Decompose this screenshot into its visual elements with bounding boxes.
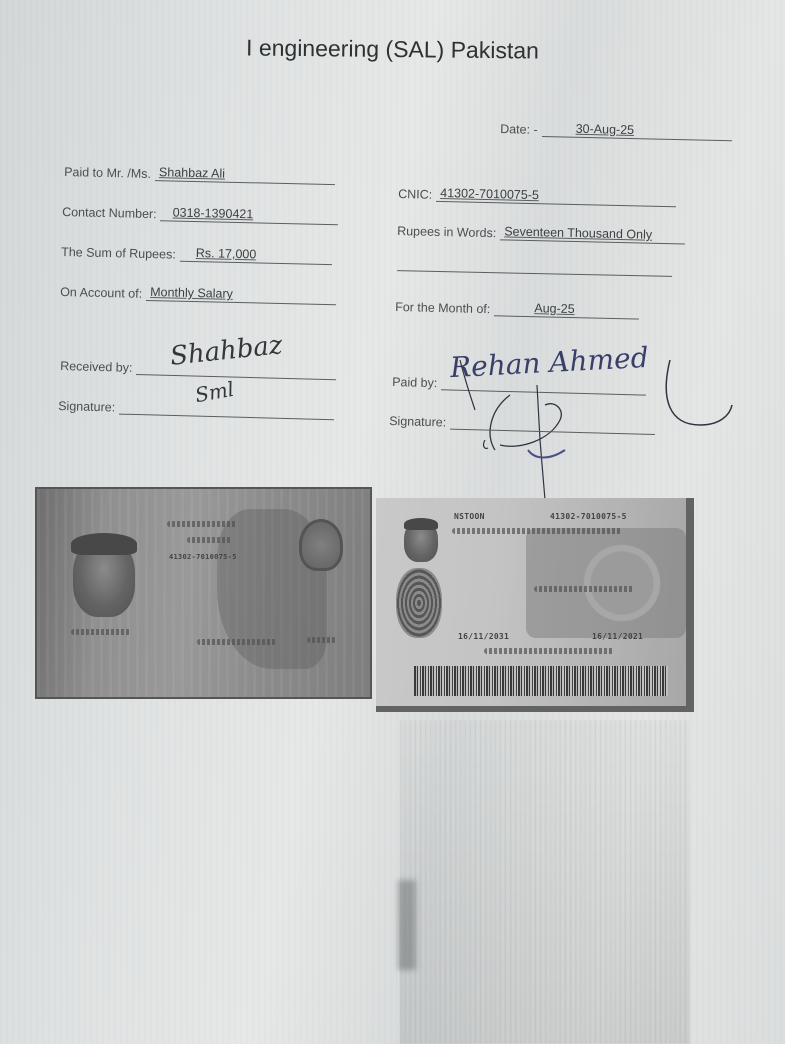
thumbprint <box>396 568 442 638</box>
rupees-in-words-value[interactable]: Seventeen Thousand Only <box>500 224 685 244</box>
month-field: For the Month of: Aug-25 <box>395 298 639 320</box>
cnic-label: CNIC: <box>398 187 432 202</box>
cnic-value[interactable]: 41302-7010075-5 <box>436 186 676 207</box>
sum-of-rupees-value[interactable]: Rs. 17,000 <box>180 246 332 265</box>
front-cnic-number: 41302-7010075-5 <box>169 553 237 561</box>
rupees-in-words-label: Rupees in Words: <box>397 224 496 240</box>
receiver-signature-line[interactable] <box>119 399 334 421</box>
urdu-text-line <box>187 537 232 543</box>
company-title: I engineering (SAL) Pakistan <box>0 32 785 67</box>
id-card-back-copy: NSTOON 41302-7010075-5 16/11/2031 16/11/… <box>376 498 694 712</box>
copy-smudge <box>400 720 690 1044</box>
received-by-line[interactable] <box>136 359 336 380</box>
urdu-text-line <box>534 586 634 592</box>
on-account-of-label: On Account of: <box>60 285 142 301</box>
barcode <box>414 666 668 696</box>
back-cnic-number: 41302-7010075-5 <box>550 512 627 521</box>
payer-signature-label: Signature: <box>389 414 446 429</box>
sum-of-rupees-label: The Sum of Rupees: <box>61 245 176 262</box>
id-photo-small-hair <box>404 518 438 530</box>
on-account-of-field: On Account of: Monthly Salary <box>60 283 336 305</box>
cnic-field: CNIC: 41302-7010075-5 <box>398 185 676 207</box>
rupees-in-words-continuation-line <box>397 270 672 277</box>
urdu-text-line <box>484 648 614 654</box>
contact-number-value[interactable]: 0318-1390421 <box>160 205 338 225</box>
date-field: Date: - 30-Aug-25 <box>500 120 732 141</box>
flag-watermark <box>526 528 686 638</box>
received-by-label: Received by: <box>60 359 133 375</box>
state-emblem-icon <box>299 519 343 571</box>
receiver-signature-field: Signature: <box>58 397 334 420</box>
issue-date: 16/11/2021 <box>592 632 643 641</box>
received-by-field: Received by: <box>60 357 337 380</box>
date-label: Date: - <box>500 122 538 137</box>
rupees-in-words-field: Rupees in Words: Seventeen Thousand Only <box>397 222 685 245</box>
receiver-signature-label: Signature: <box>58 399 115 414</box>
paid-to-value[interactable]: Shahbaz Ali <box>155 165 335 185</box>
urdu-text-line <box>307 637 337 643</box>
contact-number-field: Contact Number: 0318-1390421 <box>62 203 339 225</box>
copy-smudge-dark <box>398 880 416 970</box>
urdu-text-line <box>167 521 237 527</box>
urdu-address-line <box>452 528 622 534</box>
sum-of-rupees-field: The Sum of Rupees: Rs. 17,000 <box>61 243 332 265</box>
back-code: NSTOON <box>454 512 485 521</box>
id-card-front-copy: 41302-7010075-5 <box>35 487 372 699</box>
month-value[interactable]: Aug-25 <box>494 300 639 319</box>
contact-number-label: Contact Number: <box>62 205 157 221</box>
on-account-of-value[interactable]: Monthly Salary <box>146 285 336 305</box>
paid-to-label: Paid to Mr. /Ms. <box>64 165 151 181</box>
month-label: For the Month of: <box>395 300 490 316</box>
urdu-signature <box>71 629 131 635</box>
paid-to-field: Paid to Mr. /Ms. Shahbaz Ali <box>64 163 335 185</box>
expiry-date: 16/11/2031 <box>458 632 509 641</box>
date-value[interactable]: 30-Aug-25 <box>542 121 732 141</box>
urdu-text-line <box>197 639 277 645</box>
id-photo-hair <box>71 533 137 555</box>
paid-by-label: Paid by: <box>392 375 438 390</box>
